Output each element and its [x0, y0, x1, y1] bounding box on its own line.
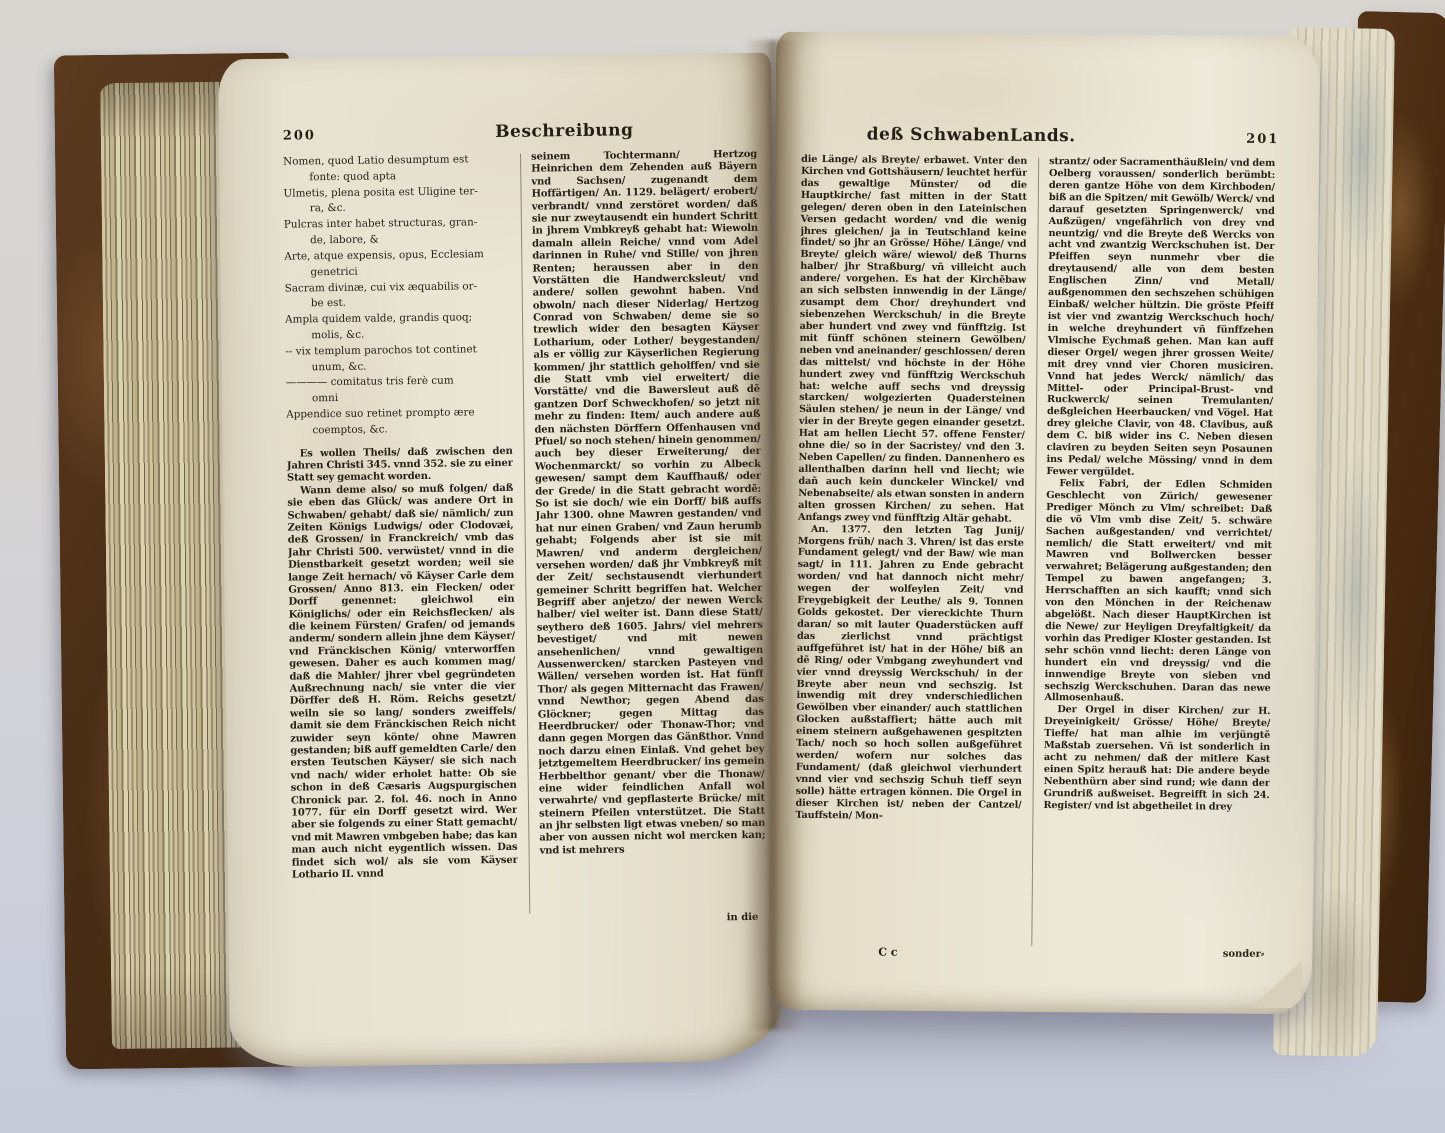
right-page-header: deß SchwabenLands. 201: [801, 124, 1279, 154]
text-line: coemptos, &c.: [286, 421, 512, 440]
right-page-foot: C c sonder⸗: [794, 945, 1272, 962]
left-col1-text: Es wollen Theils/ daß zwischen den Jahre…: [287, 445, 518, 881]
right-page-content: deß SchwabenLands. 201 die Länge/ als Br…: [794, 124, 1279, 962]
gutter-shadow: [744, 40, 802, 1030]
left-page: 200 Beschreibung Nomen, quod Latio desum…: [218, 53, 783, 1068]
left-page-column-2: seinem Tochtermann/ Hertzog Heinrichen d…: [531, 149, 766, 914]
right-page-column-2: strantz/ oder Sacramenthäußlein/ vnd dem…: [1042, 156, 1275, 948]
text-line: Arte, atque expensis, opus, Ecclesiam: [284, 247, 510, 266]
right-col1-text: die Länge/ als Breyte/ erbawet. Vnter de…: [795, 154, 1027, 824]
left-page-number: 200: [283, 128, 316, 143]
text-line: seinem Tochtermann/ Hertzog Heinrichen d…: [531, 149, 766, 858]
text-line: Es wollen Theils/ daß zwischen den Jahre…: [287, 445, 513, 485]
gathering-signature: C c: [878, 946, 897, 959]
text-line: An. 1377. den letzten Tag Junij/ Morgens…: [795, 523, 1024, 823]
column-divider: [1031, 158, 1039, 946]
right-running-header: deß SchwabenLands.: [867, 124, 1116, 146]
left-page-column-1: Nomen, quod Latio desumptum estfonte: qu…: [283, 152, 518, 917]
left-page-header: 200 Beschreibung: [283, 119, 757, 151]
text-line: Ulmetis, plena posita est Uligine ter-: [283, 183, 509, 202]
right-col2-text: strantz/ oder Sacramenthäußlein/ vnd dem…: [1043, 156, 1275, 814]
text-line: Sacram divinæ, cui vix æquabilis or-: [285, 278, 511, 297]
left-page-columns: Nomen, quod Latio desumptum estfonte: qu…: [283, 149, 766, 917]
right-page-columns: die Länge/ als Breyte/ erbawet. Vnter de…: [794, 154, 1279, 948]
dog-ear-fold: [1246, 960, 1302, 1008]
left-running-header: Beschreibung: [439, 120, 633, 142]
column-divider: [520, 154, 530, 914]
text-line: Der Orgel in diser Kirchen/ zur H. Dreye…: [1043, 704, 1270, 813]
text-line: Pulcras inter habet structuras, gran-: [284, 215, 510, 234]
text-line: strantz/ oder Sacramenthäußlein/ vnd dem…: [1046, 156, 1275, 480]
book-photograph: 200 Beschreibung Nomen, quod Latio desum…: [0, 0, 1445, 1133]
text-line: Felix Fabri, der Edlen Schmiden Geschlec…: [1044, 478, 1272, 706]
text-line: die Länge/ als Breyte/ erbawet. Vnter de…: [798, 154, 1027, 526]
right-page-column-1: die Länge/ als Breyte/ erbawet. Vnter de…: [794, 154, 1027, 946]
text-line: Wann deme also/ so muß folgen/ daß sie e…: [287, 483, 518, 882]
right-page: deß SchwabenLands. 201 die Länge/ als Br…: [768, 32, 1321, 1015]
right-page-number: 201: [1246, 132, 1279, 147]
latin-verse-block: Nomen, quod Latio desumptum estfonte: qu…: [283, 152, 512, 439]
left-col2-text: seinem Tochtermann/ Hertzog Heinrichen d…: [531, 149, 766, 858]
left-page-content: 200 Beschreibung Nomen, quod Latio desum…: [283, 119, 767, 929]
catchword: sonder⸗: [1223, 949, 1273, 962]
